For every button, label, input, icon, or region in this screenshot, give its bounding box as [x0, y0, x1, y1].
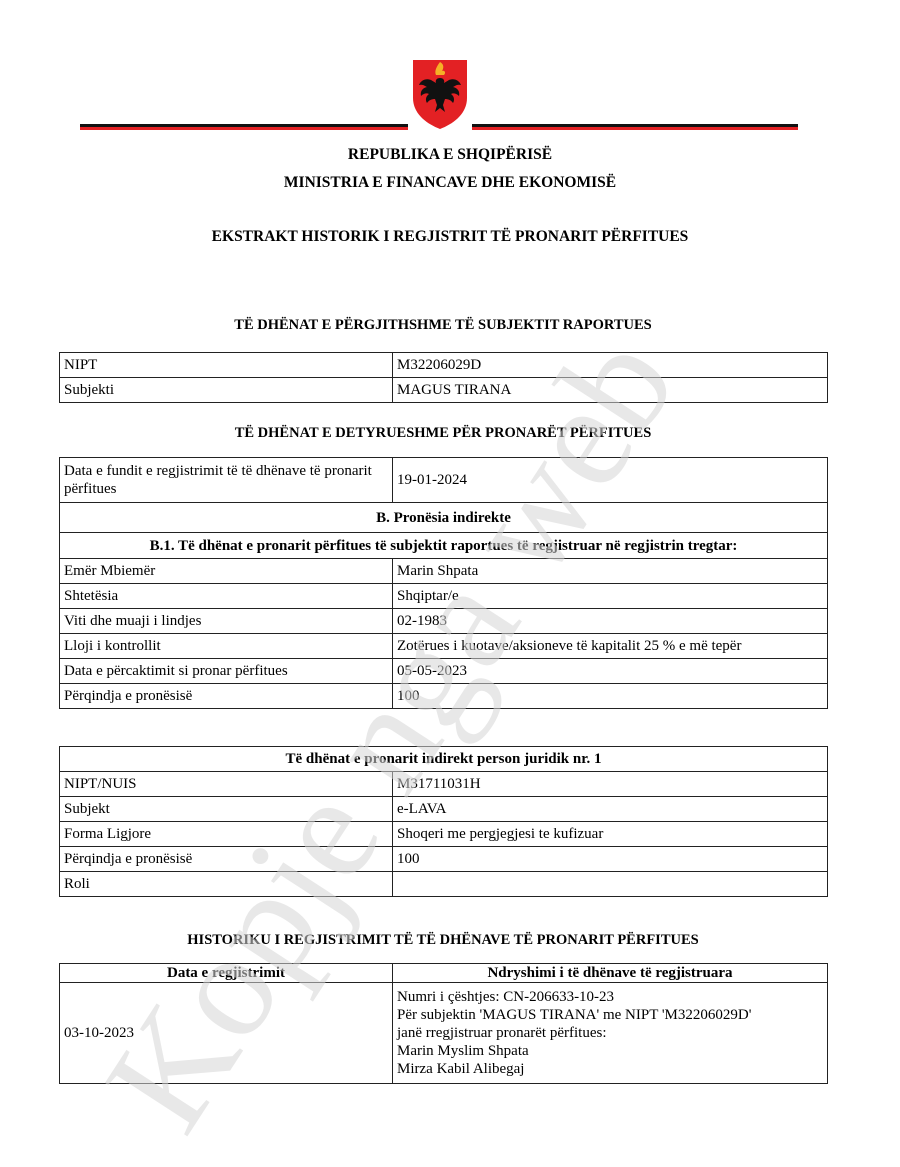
col-registration-date: Data e regjistrimit	[60, 964, 393, 983]
role-label: Roli	[60, 872, 393, 897]
history-line: Marin Myslim Shpata	[397, 1042, 823, 1060]
table-row: Forma Ligjore Shoqeri me pergjegjesi te …	[60, 822, 828, 847]
table-row: Viti dhe muaji i lindjes 02-1983	[60, 609, 828, 634]
republic-heading: REPUBLIKA E SHQIPËRISË	[0, 146, 900, 164]
legal-form-value: Shoqeri me pergjegjesi te kufizuar	[393, 822, 828, 847]
table-row: B.1. Të dhënat e pronarit përfitues të s…	[60, 533, 828, 559]
header-rule-right	[472, 124, 798, 130]
table-row: Shtetësia Shqiptar/e	[60, 584, 828, 609]
juridical-owner-heading: Të dhënat e pronarit indirekt person jur…	[60, 747, 828, 772]
control-type-label: Lloji i kontrollit	[60, 634, 393, 659]
history-line: Për subjektin 'MAGUS TIRANA' me NIPT 'M3…	[397, 1006, 823, 1024]
albanian-emblem-icon	[411, 58, 469, 130]
header-rule-left	[80, 124, 408, 130]
entity-value: e-LAVA	[393, 797, 828, 822]
history-section-title: HISTORIKU I REGJISTRIMIT TË TË DHËNAVE T…	[59, 932, 827, 949]
history-table: Data e regjistrimit Ndryshimi i të dhëna…	[59, 963, 828, 1084]
owner-name-value: Marin Shpata	[393, 559, 828, 584]
birth-value: 02-1983	[393, 609, 828, 634]
nuis-value: M31711031H	[393, 772, 828, 797]
subject-value: MAGUS TIRANA	[393, 378, 828, 403]
history-line: janë rregjistruar pronarët përfitues:	[397, 1024, 823, 1042]
section-b1-heading: B.1. Të dhënat e pronarit përfitues të s…	[60, 533, 828, 559]
col-registered-change: Ndryshimi i të dhënave të regjistruara	[393, 964, 828, 983]
table-row: Data e fundit e regjistrimit të të dhëna…	[60, 458, 828, 503]
ownership-percent-label: Përqindja e pronësisë	[60, 684, 393, 709]
general-table: NIPT M32206029D Subjekti MAGUS TIRANA	[59, 352, 828, 403]
designation-date-label: Data e përcaktimit si pronar përfitues	[60, 659, 393, 684]
ministry-heading: MINISTRIA E FINANCAVE DHE EKONOMISË	[0, 174, 900, 192]
history-line: Numri i çështjes: CN-206633-10-23	[397, 988, 823, 1006]
table-row: Të dhënat e pronarit indirekt person jur…	[60, 747, 828, 772]
table-row: Subjekti MAGUS TIRANA	[60, 378, 828, 403]
table-row: Përqindja e pronësisë 100	[60, 684, 828, 709]
nipt-label: NIPT	[60, 353, 393, 378]
mandatory-section-title: TË DHËNAT E DETYRUESHME PËR PRONARËT PËR…	[59, 425, 827, 442]
nuis-label: NIPT/NUIS	[60, 772, 393, 797]
table-row: Roli	[60, 872, 828, 897]
general-section-title: TË DHËNAT E PËRGJITHSHME TË SUBJEKTIT RA…	[59, 317, 827, 334]
history-change: Numri i çështjes: CN-206633-10-23 Për su…	[393, 983, 828, 1084]
subject-label: Subjekti	[60, 378, 393, 403]
table-row: Emër Mbiemër Marin Shpata	[60, 559, 828, 584]
designation-date-value: 05-05-2023	[393, 659, 828, 684]
table-row: Lloji i kontrollit Zotërues i kuotave/ak…	[60, 634, 828, 659]
birth-label: Viti dhe muaji i lindjes	[60, 609, 393, 634]
history-date: 03-10-2023	[60, 983, 393, 1084]
citizenship-label: Shtetësia	[60, 584, 393, 609]
table-row: NIPT M32206029D	[60, 353, 828, 378]
document-title: EKSTRAKT HISTORIK I REGJISTRIT TË PRONAR…	[0, 228, 900, 246]
table-header-row: Data e regjistrimit Ndryshimi i të dhëna…	[60, 964, 828, 983]
table-row: Përqindja e pronësisë 100	[60, 847, 828, 872]
juridical-percent-label: Përqindja e pronësisë	[60, 847, 393, 872]
section-b-heading: B. Pronësia indirekte	[60, 503, 828, 533]
citizenship-value: Shqiptar/e	[393, 584, 828, 609]
table-row: NIPT/NUIS M31711031H	[60, 772, 828, 797]
owner-name-label: Emër Mbiemër	[60, 559, 393, 584]
ownership-percent-value: 100	[393, 684, 828, 709]
table-row: 03-10-2023 Numri i çështjes: CN-206633-1…	[60, 983, 828, 1084]
last-registration-label: Data e fundit e regjistrimit të të dhëna…	[60, 458, 393, 503]
table-row: B. Pronësia indirekte	[60, 503, 828, 533]
table-row: Subjekt e-LAVA	[60, 797, 828, 822]
role-value	[393, 872, 828, 897]
history-line: Mirza Kabil Alibegaj	[397, 1060, 823, 1078]
juridical-percent-value: 100	[393, 847, 828, 872]
owner-table: Data e fundit e regjistrimit të të dhëna…	[59, 457, 828, 709]
juridical-owner-table: Të dhënat e pronarit indirekt person jur…	[59, 746, 828, 897]
entity-label: Subjekt	[60, 797, 393, 822]
last-registration-value: 19-01-2024	[393, 458, 828, 503]
legal-form-label: Forma Ligjore	[60, 822, 393, 847]
table-row: Data e përcaktimit si pronar përfitues 0…	[60, 659, 828, 684]
control-type-value: Zotërues i kuotave/aksioneve të kapitali…	[393, 634, 828, 659]
nipt-value: M32206029D	[393, 353, 828, 378]
